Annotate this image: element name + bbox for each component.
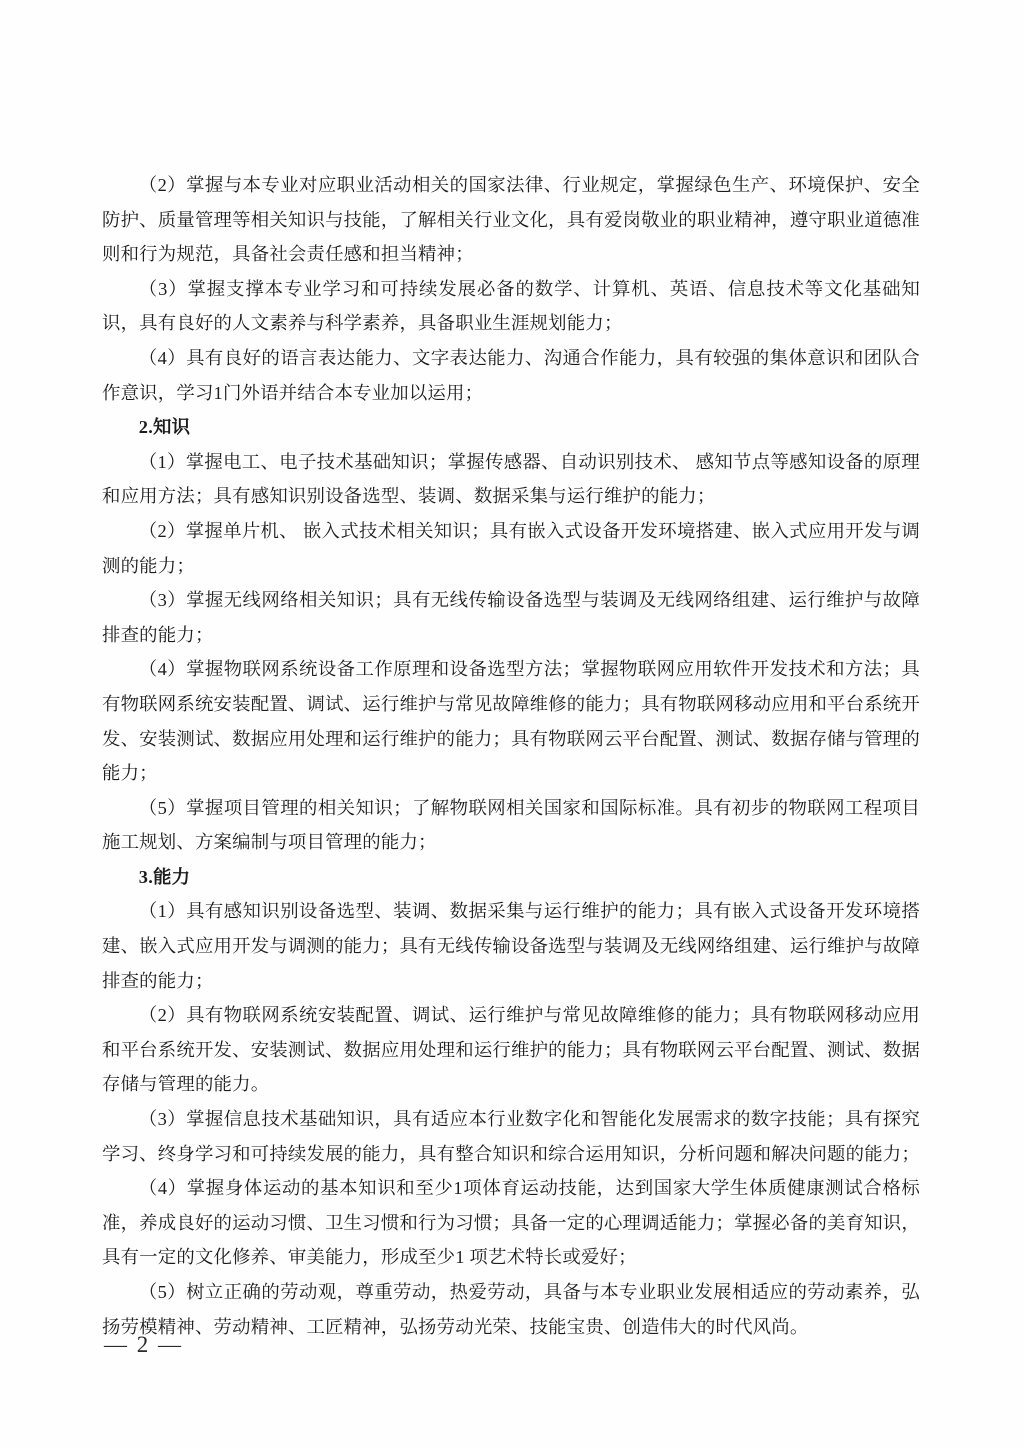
paragraph-communication-skills: （4）具有良好的语言表达能力、文字表达能力、沟通合作能力，具有较强的集体意识和团… (102, 341, 920, 410)
paragraph-knowledge-2: （2）掌握单片机、 嵌入式技术相关知识；具有嵌入式设备开发环境搭建、嵌入式应用开… (102, 514, 920, 583)
paragraph-occupation-knowledge: （2）掌握与本专业对应职业活动相关的国家法律、行业规定，掌握绿色生产、环境保护、… (102, 168, 920, 272)
page-number: — 2 — (104, 1332, 183, 1358)
paragraph-cultural-foundation: （3）掌握支撑本专业学习和可持续发展必备的数学、计算机、英语、信息技术等文化基础… (102, 272, 920, 341)
document-page: （2）掌握与本专业对应职业活动相关的国家法律、行业规定，掌握绿色生产、环境保护、… (0, 0, 1024, 1448)
paragraph-knowledge-4: （4）掌握物联网系统设备工作原理和设备选型方法；掌握物联网应用软件开发技术和方法… (102, 652, 920, 790)
paragraph-ability-2: （2）具有物联网系统安装配置、调试、运行维护与常见故障维修的能力；具有物联网移动… (102, 998, 920, 1102)
section-heading-knowledge: 2.知识 (102, 410, 920, 445)
paragraph-knowledge-3: （3）掌握无线网络相关知识；具有无线传输设备选型与装调及无线网络组建、运行维护与… (102, 583, 920, 652)
section-heading-ability: 3.能力 (102, 860, 920, 895)
paragraph-ability-1: （1）具有感知识别设备选型、装调、数据采集与运行维护的能力；具有嵌入式设备开发环… (102, 894, 920, 998)
paragraph-ability-5: （5）树立正确的劳动观，尊重劳动，热爱劳动，具备与本专业职业发展相适应的劳动素养… (102, 1275, 920, 1344)
paragraph-ability-4: （4）掌握身体运动的基本知识和至少1项体育运动技能，达到国家大学生体质健康测试合… (102, 1171, 920, 1275)
document-body: （2）掌握与本专业对应职业活动相关的国家法律、行业规定，掌握绿色生产、环境保护、… (102, 168, 920, 1344)
paragraph-knowledge-5: （5）掌握项目管理的相关知识；了解物联网相关国家和国际标准。具有初步的物联网工程… (102, 791, 920, 860)
paragraph-ability-3: （3）掌握信息技术基础知识，具有适应本行业数字化和智能化发展需求的数字技能；具有… (102, 1102, 920, 1171)
paragraph-knowledge-1: （1）掌握电工、电子技术基础知识；掌握传感器、自动识别技术、 感知节点等感知设备… (102, 445, 920, 514)
